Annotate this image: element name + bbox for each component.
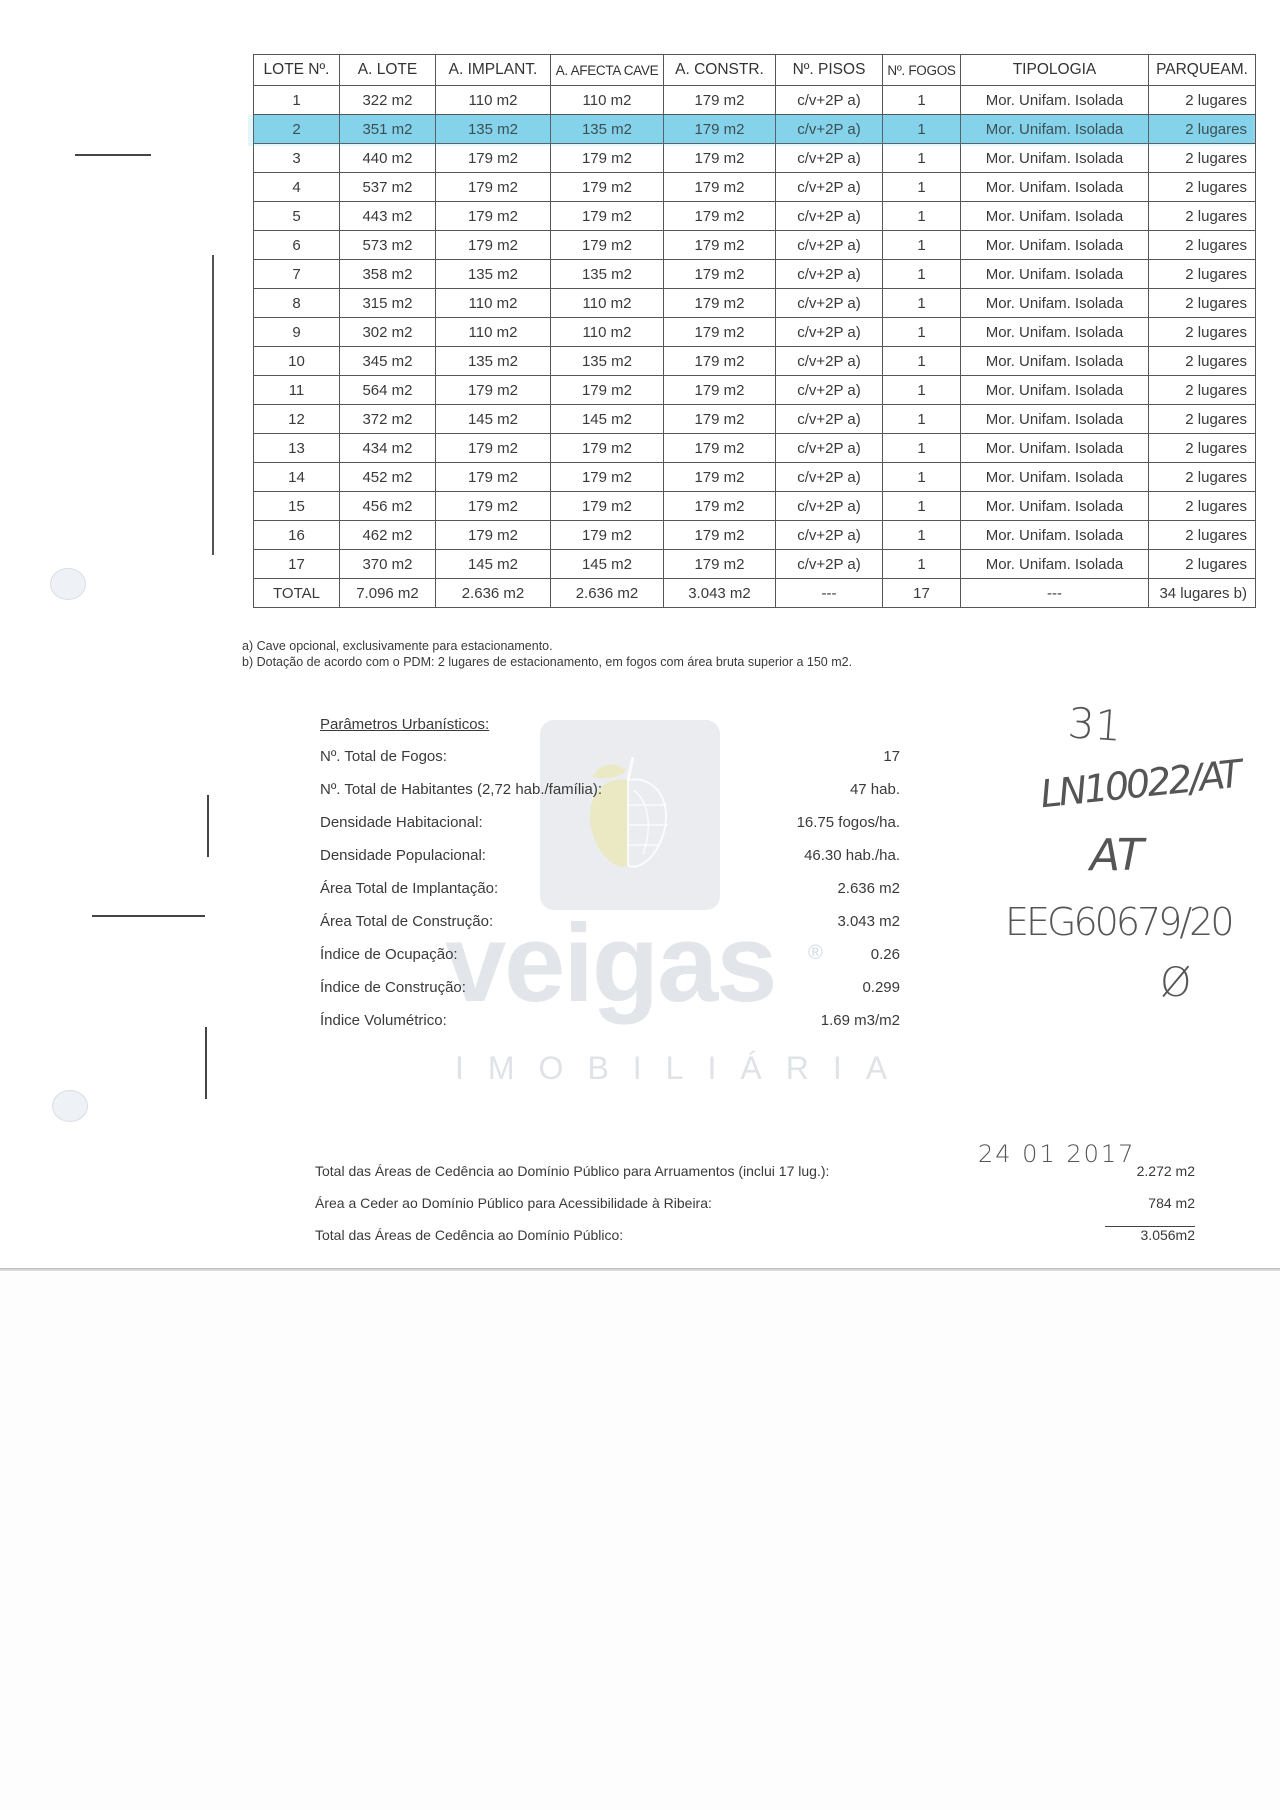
punch-hole	[52, 1090, 88, 1122]
parameter-label: Índice de Construção:	[320, 979, 466, 996]
cell-area-construcao: 3.043 m2	[664, 579, 776, 608]
cell-fogos: 1	[883, 115, 961, 144]
cell-area-lote: 564 m2	[340, 376, 436, 405]
table-total-row: TOTAL7.096 m22.636 m22.636 m23.043 m2---…	[254, 579, 1256, 608]
cell-area-lote: 440 m2	[340, 144, 436, 173]
cell-pisos: c/v+2P a)	[776, 202, 883, 231]
parameter-value: 16.75 fogos/ha.	[750, 814, 900, 831]
parameter-value: 47 hab.	[750, 781, 900, 798]
cell-area-implantacao: 145 m2	[436, 550, 551, 579]
cell-area-cave: 145 m2	[551, 405, 664, 434]
handwritten-initials: AT	[1090, 830, 1144, 881]
cell-parqueamento: 2 lugares	[1149, 86, 1256, 115]
cell-area-construcao: 179 m2	[664, 260, 776, 289]
cell-lote-number: 4	[254, 173, 340, 202]
cell-area-lote: 434 m2	[340, 434, 436, 463]
cell-parqueamento: 2 lugares	[1149, 492, 1256, 521]
cell-area-lote: 322 m2	[340, 86, 436, 115]
cession-areas: Total das Áreas de Cedência ao Domínio P…	[315, 1163, 1195, 1259]
cell-area-cave: 179 m2	[551, 463, 664, 492]
header-area-implantacao: A. IMPLANT.	[436, 55, 551, 86]
punch-hole	[50, 568, 86, 600]
cell-tipologia: Mor. Unifam. Isolada	[961, 521, 1149, 550]
watermark-subtitle: IMOBILIÁRIA	[455, 1050, 911, 1087]
footnote-b: b) Dotação de acordo com o PDM: 2 lugare…	[242, 654, 852, 670]
parameter-label: Índice de Ocupação:	[320, 946, 458, 963]
cell-fogos: 1	[883, 260, 961, 289]
cell-tipologia: Mor. Unifam. Isolada	[961, 86, 1149, 115]
parameter-label: Nº. Total de Fogos:	[320, 748, 447, 765]
cell-area-cave: 179 m2	[551, 173, 664, 202]
parameter-value: 2.636 m2	[750, 880, 900, 897]
table-row: 6573 m2179 m2179 m2179 m2c/v+2P a)1Mor. …	[254, 231, 1256, 260]
parameter-value: 0.299	[750, 979, 900, 996]
table-row: 17370 m2145 m2145 m2179 m2c/v+2P a)1Mor.…	[254, 550, 1256, 579]
cell-parqueamento: 2 lugares	[1149, 376, 1256, 405]
cell-tipologia: Mor. Unifam. Isolada	[961, 115, 1149, 144]
parameters-title: Parâmetros Urbanísticos:	[320, 716, 900, 736]
cell-fogos: 1	[883, 434, 961, 463]
cell-area-construcao: 179 m2	[664, 347, 776, 376]
cell-area-lote: 573 m2	[340, 231, 436, 260]
cell-area-implantacao: 179 m2	[436, 521, 551, 550]
table-row: 3440 m2179 m2179 m2179 m2c/v+2P a)1Mor. …	[254, 144, 1256, 173]
cell-lote-number: 13	[254, 434, 340, 463]
cell-tipologia: Mor. Unifam. Isolada	[961, 405, 1149, 434]
cell-area-implantacao: 135 m2	[436, 347, 551, 376]
cell-area-construcao: 179 m2	[664, 376, 776, 405]
cell-fogos: 1	[883, 289, 961, 318]
cell-area-lote: 315 m2	[340, 289, 436, 318]
cell-area-implantacao: 179 m2	[436, 434, 551, 463]
cell-area-construcao: 179 m2	[664, 492, 776, 521]
cell-area-cave: 135 m2	[551, 115, 664, 144]
cession-row: Total das Áreas de Cedência ao Domínio P…	[315, 1227, 1195, 1259]
cell-pisos: ---	[776, 579, 883, 608]
margin-line	[212, 255, 214, 555]
cell-area-construcao: 179 m2	[664, 86, 776, 115]
cell-lote-number: 14	[254, 463, 340, 492]
parameter-value: 0.26	[750, 946, 900, 963]
table-header-row: LOTE Nº. A. LOTE A. IMPLANT. A. AFECTA C…	[254, 55, 1256, 86]
cell-area-cave: 179 m2	[551, 492, 664, 521]
table-row: 14452 m2179 m2179 m2179 m2c/v+2P a)1Mor.…	[254, 463, 1256, 492]
cell-area-construcao: 179 m2	[664, 318, 776, 347]
parameter-label: Índice Volumétrico:	[320, 1012, 447, 1029]
cell-area-construcao: 179 m2	[664, 434, 776, 463]
parameter-row: Densidade Populacional:46.30 hab./ha.	[320, 847, 900, 880]
parameter-row: Área Total de Implantação:2.636 m2	[320, 880, 900, 913]
parameter-row: Nº. Total de Fogos:17	[320, 748, 900, 781]
parameter-row: Índice de Ocupação:0.26	[320, 946, 900, 979]
table-row: 16462 m2179 m2179 m2179 m2c/v+2P a)1Mor.…	[254, 521, 1256, 550]
cell-area-cave: 110 m2	[551, 289, 664, 318]
cell-fogos: 1	[883, 376, 961, 405]
table-row: 4537 m2179 m2179 m2179 m2c/v+2P a)1Mor. …	[254, 173, 1256, 202]
header-fogos: Nº. FOGOS	[883, 55, 961, 86]
cell-lote-number: 3	[254, 144, 340, 173]
cell-area-cave: 135 m2	[551, 347, 664, 376]
cell-area-implantacao: 110 m2	[436, 289, 551, 318]
parameter-row: Nº. Total de Habitantes (2,72 hab./famíl…	[320, 781, 900, 814]
cell-parqueamento: 2 lugares	[1149, 463, 1256, 492]
cell-area-implantacao: 110 m2	[436, 318, 551, 347]
cell-area-implantacao: 179 m2	[436, 463, 551, 492]
cell-area-lote: 443 m2	[340, 202, 436, 231]
table-row: 15456 m2179 m2179 m2179 m2c/v+2P a)1Mor.…	[254, 492, 1256, 521]
cell-pisos: c/v+2P a)	[776, 289, 883, 318]
parameter-label: Densidade Habitacional:	[320, 814, 483, 831]
cell-area-lote: 358 m2	[340, 260, 436, 289]
cell-pisos: c/v+2P a)	[776, 231, 883, 260]
parameter-value: 46.30 hab./ha.	[750, 847, 900, 864]
cession-row: Área a Ceder ao Domínio Público para Ace…	[315, 1195, 1195, 1227]
cell-area-construcao: 179 m2	[664, 144, 776, 173]
cell-fogos: 1	[883, 347, 961, 376]
cell-area-lote: 351 m2	[340, 115, 436, 144]
cell-parqueamento: 2 lugares	[1149, 115, 1256, 144]
footnotes: a) Cave opcional, exclusivamente para es…	[242, 638, 852, 670]
cell-fogos: 17	[883, 579, 961, 608]
cession-label: Área a Ceder ao Domínio Público para Ace…	[315, 1195, 712, 1227]
cell-lote-number: 7	[254, 260, 340, 289]
parameter-value: 1.69 m3/m2	[750, 1012, 900, 1029]
margin-line	[92, 915, 205, 917]
cell-lote-number: 16	[254, 521, 340, 550]
table-row: 11564 m2179 m2179 m2179 m2c/v+2P a)1Mor.…	[254, 376, 1256, 405]
cell-lote-number: 8	[254, 289, 340, 318]
header-parqueamento: PARQUEAM.	[1149, 55, 1256, 86]
parameter-value: 17	[750, 748, 900, 765]
table-row: 5443 m2179 m2179 m2179 m2c/v+2P a)1Mor. …	[254, 202, 1256, 231]
table-row: 1322 m2110 m2110 m2179 m2c/v+2P a)1Mor. …	[254, 86, 1256, 115]
cell-fogos: 1	[883, 318, 961, 347]
parameter-label: Área Total de Implantação:	[320, 880, 498, 897]
cell-lote-number: 6	[254, 231, 340, 260]
cell-area-cave: 179 m2	[551, 231, 664, 260]
cell-parqueamento: 2 lugares	[1149, 405, 1256, 434]
cell-area-cave: 179 m2	[551, 376, 664, 405]
cell-parqueamento: 2 lugares	[1149, 231, 1256, 260]
lots-table: LOTE Nº. A. LOTE A. IMPLANT. A. AFECTA C…	[253, 54, 1256, 608]
cell-pisos: c/v+2P a)	[776, 521, 883, 550]
cell-lote-number: 12	[254, 405, 340, 434]
cell-parqueamento: 34 lugares b)	[1149, 579, 1256, 608]
cell-pisos: c/v+2P a)	[776, 86, 883, 115]
margin-mark	[75, 154, 151, 156]
cell-area-construcao: 179 m2	[664, 202, 776, 231]
cell-area-lote: 302 m2	[340, 318, 436, 347]
cell-area-cave: 145 m2	[551, 550, 664, 579]
cell-tipologia: Mor. Unifam. Isolada	[961, 173, 1149, 202]
table-row: 8315 m2110 m2110 m2179 m2c/v+2P a)1Mor. …	[254, 289, 1256, 318]
table-row: 7358 m2135 m2135 m2179 m2c/v+2P a)1Mor. …	[254, 260, 1256, 289]
parameter-label: Nº. Total de Habitantes (2,72 hab./famíl…	[320, 781, 602, 798]
cell-area-implantacao: 135 m2	[436, 115, 551, 144]
cell-fogos: 1	[883, 144, 961, 173]
handwritten-code: EEG60679/20	[1005, 900, 1232, 944]
cell-lote-number: 10	[254, 347, 340, 376]
cell-area-implantacao: 110 m2	[436, 86, 551, 115]
cell-area-lote: 462 m2	[340, 521, 436, 550]
parameter-row: Índice de Construção:0.299	[320, 979, 900, 1012]
cell-pisos: c/v+2P a)	[776, 434, 883, 463]
parameter-label: Área Total de Construção:	[320, 913, 493, 930]
cell-area-implantacao: 179 m2	[436, 376, 551, 405]
cell-area-lote: 7.096 m2	[340, 579, 436, 608]
parameter-label: Densidade Populacional:	[320, 847, 486, 864]
cell-area-lote: 372 m2	[340, 405, 436, 434]
header-area-construcao: A. CONSTR.	[664, 55, 776, 86]
cell-parqueamento: 2 lugares	[1149, 202, 1256, 231]
parameter-row: Densidade Habitacional:16.75 fogos/ha.	[320, 814, 900, 847]
cell-tipologia: Mor. Unifam. Isolada	[961, 550, 1149, 579]
cell-lote-number: 9	[254, 318, 340, 347]
cell-pisos: c/v+2P a)	[776, 144, 883, 173]
cell-fogos: 1	[883, 405, 961, 434]
cell-tipologia: Mor. Unifam. Isolada	[961, 434, 1149, 463]
cell-parqueamento: 2 lugares	[1149, 260, 1256, 289]
cell-area-implantacao: 179 m2	[436, 173, 551, 202]
cell-area-implantacao: 179 m2	[436, 492, 551, 521]
cell-parqueamento: 2 lugares	[1149, 289, 1256, 318]
cell-tipologia: Mor. Unifam. Isolada	[961, 347, 1149, 376]
cell-area-cave: 179 m2	[551, 144, 664, 173]
table-row: 10345 m2135 m2135 m2179 m2c/v+2P a)1Mor.…	[254, 347, 1256, 376]
cell-area-lote: 537 m2	[340, 173, 436, 202]
cell-area-cave: 179 m2	[551, 521, 664, 550]
cell-lote-number: TOTAL	[254, 579, 340, 608]
cell-tipologia: Mor. Unifam. Isolada	[961, 463, 1149, 492]
cell-area-cave: 2.636 m2	[551, 579, 664, 608]
cell-pisos: c/v+2P a)	[776, 376, 883, 405]
header-lote: LOTE Nº.	[254, 55, 340, 86]
cell-tipologia: Mor. Unifam. Isolada	[961, 289, 1149, 318]
cell-area-cave: 179 m2	[551, 434, 664, 463]
cell-parqueamento: 2 lugares	[1149, 434, 1256, 463]
table-row: 12372 m2145 m2145 m2179 m2c/v+2P a)1Mor.…	[254, 405, 1256, 434]
cell-area-construcao: 179 m2	[664, 521, 776, 550]
cell-fogos: 1	[883, 550, 961, 579]
cell-area-cave: 179 m2	[551, 202, 664, 231]
table-row: 9302 m2110 m2110 m2179 m2c/v+2P a)1Mor. …	[254, 318, 1256, 347]
cell-fogos: 1	[883, 521, 961, 550]
cell-lote-number: 11	[254, 376, 340, 405]
handwritten-number: 31	[1066, 698, 1123, 751]
cell-fogos: 1	[883, 173, 961, 202]
handwritten-mark: Ø	[1160, 960, 1191, 1006]
header-tipologia: TIPOLOGIA	[961, 55, 1149, 86]
cell-lote-number: 1	[254, 86, 340, 115]
parameter-row: Índice Volumétrico:1.69 m3/m2	[320, 1012, 900, 1045]
cell-area-cave: 110 m2	[551, 86, 664, 115]
cell-area-construcao: 179 m2	[664, 550, 776, 579]
cession-label: Total das Áreas de Cedência ao Domínio P…	[315, 1227, 623, 1259]
cell-lote-number: 15	[254, 492, 340, 521]
parameter-row: Área Total de Construção:3.043 m2	[320, 913, 900, 946]
cell-area-lote: 345 m2	[340, 347, 436, 376]
handwritten-date: 24 01 2017	[978, 1140, 1135, 1168]
cell-parqueamento: 2 lugares	[1149, 521, 1256, 550]
cell-pisos: c/v+2P a)	[776, 347, 883, 376]
cell-tipologia: ---	[961, 579, 1149, 608]
cell-tipologia: Mor. Unifam. Isolada	[961, 144, 1149, 173]
cell-area-implantacao: 179 m2	[436, 144, 551, 173]
cell-fogos: 1	[883, 86, 961, 115]
cell-area-construcao: 179 m2	[664, 115, 776, 144]
cell-area-cave: 135 m2	[551, 260, 664, 289]
cell-area-construcao: 179 m2	[664, 463, 776, 492]
cell-parqueamento: 2 lugares	[1149, 144, 1256, 173]
parameter-value: 3.043 m2	[750, 913, 900, 930]
cell-area-implantacao: 135 m2	[436, 260, 551, 289]
cell-tipologia: Mor. Unifam. Isolada	[961, 231, 1149, 260]
cell-fogos: 1	[883, 492, 961, 521]
cession-value: 3.056m2	[1095, 1227, 1195, 1259]
cell-pisos: c/v+2P a)	[776, 115, 883, 144]
cell-area-lote: 452 m2	[340, 463, 436, 492]
cell-fogos: 1	[883, 202, 961, 231]
header-area-cave: A. AFECTA CAVE	[551, 55, 664, 86]
urban-parameters: Parâmetros Urbanísticos: Nº. Total de Fo…	[320, 716, 900, 1045]
header-area-lote: A. LOTE	[340, 55, 436, 86]
cell-pisos: c/v+2P a)	[776, 173, 883, 202]
cell-lote-number: 2	[254, 115, 340, 144]
cell-area-construcao: 179 m2	[664, 405, 776, 434]
cell-pisos: c/v+2P a)	[776, 405, 883, 434]
cell-pisos: c/v+2P a)	[776, 550, 883, 579]
cell-area-lote: 456 m2	[340, 492, 436, 521]
cell-tipologia: Mor. Unifam. Isolada	[961, 376, 1149, 405]
cell-area-implantacao: 179 m2	[436, 231, 551, 260]
blank-area	[0, 1271, 1280, 1810]
table-row: 2351 m2135 m2135 m2179 m2c/v+2P a)1Mor. …	[254, 115, 1256, 144]
cession-label: Total das Áreas de Cedência ao Domínio P…	[315, 1163, 829, 1195]
cell-area-implantacao: 179 m2	[436, 202, 551, 231]
cell-area-implantacao: 145 m2	[436, 405, 551, 434]
cell-pisos: c/v+2P a)	[776, 492, 883, 521]
header-pisos: Nº. PISOS	[776, 55, 883, 86]
cell-pisos: c/v+2P a)	[776, 318, 883, 347]
margin-line	[205, 1027, 207, 1099]
cell-area-construcao: 179 m2	[664, 289, 776, 318]
cell-tipologia: Mor. Unifam. Isolada	[961, 202, 1149, 231]
margin-line	[207, 795, 209, 857]
cell-parqueamento: 2 lugares	[1149, 318, 1256, 347]
cell-tipologia: Mor. Unifam. Isolada	[961, 260, 1149, 289]
cell-tipologia: Mor. Unifam. Isolada	[961, 318, 1149, 347]
cell-area-lote: 370 m2	[340, 550, 436, 579]
footnote-a: a) Cave opcional, exclusivamente para es…	[242, 638, 852, 654]
cell-parqueamento: 2 lugares	[1149, 173, 1256, 202]
cell-area-cave: 110 m2	[551, 318, 664, 347]
cell-fogos: 1	[883, 231, 961, 260]
handwritten-reference: LN10022/AT	[1038, 752, 1241, 817]
cell-parqueamento: 2 lugares	[1149, 550, 1256, 579]
cell-parqueamento: 2 lugares	[1149, 347, 1256, 376]
cession-value: 784 m2	[1105, 1195, 1195, 1227]
cell-lote-number: 5	[254, 202, 340, 231]
cell-fogos: 1	[883, 463, 961, 492]
cell-pisos: c/v+2P a)	[776, 260, 883, 289]
cell-pisos: c/v+2P a)	[776, 463, 883, 492]
cell-area-construcao: 179 m2	[664, 231, 776, 260]
table-row: 13434 m2179 m2179 m2179 m2c/v+2P a)1Mor.…	[254, 434, 1256, 463]
cell-area-construcao: 179 m2	[664, 173, 776, 202]
cell-lote-number: 17	[254, 550, 340, 579]
cell-area-implantacao: 2.636 m2	[436, 579, 551, 608]
cell-tipologia: Mor. Unifam. Isolada	[961, 492, 1149, 521]
